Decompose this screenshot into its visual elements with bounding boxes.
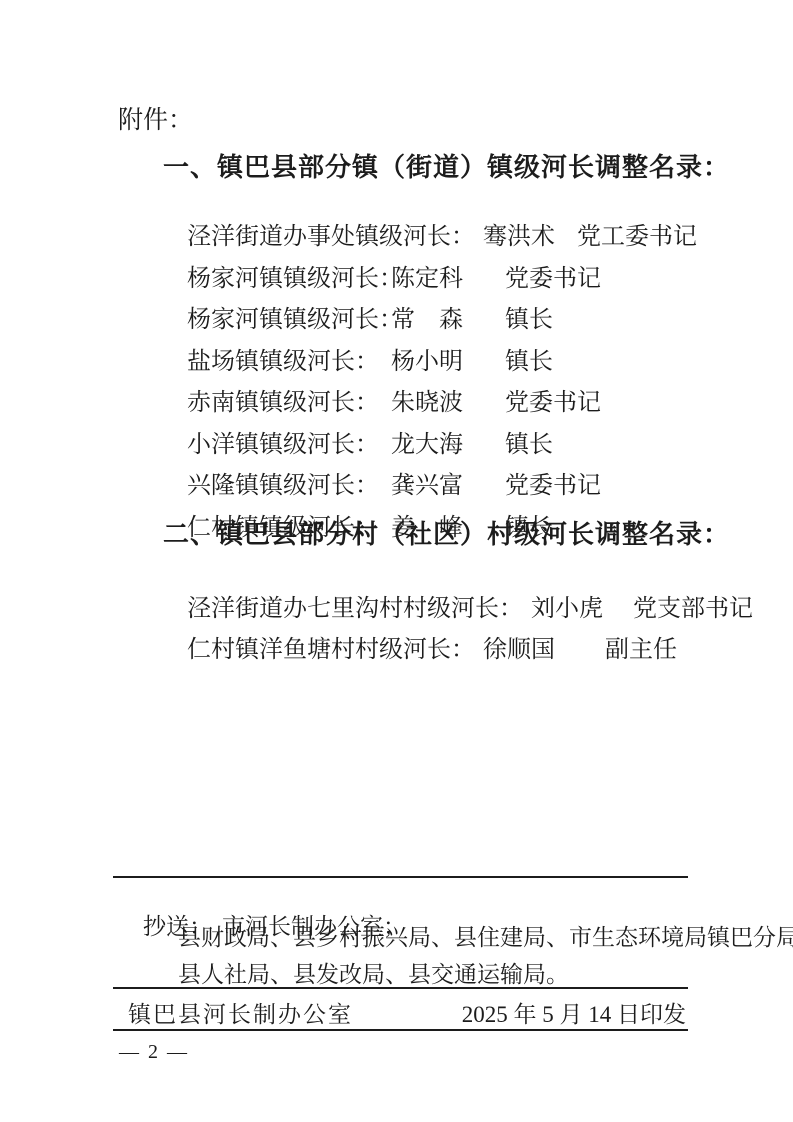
issuing-office: 镇巴县河长制办公室 — [128, 996, 353, 1029]
page-number: — 2 — — [119, 1041, 189, 1064]
section-two-heading: 二、镇巴县部分村（社区）村级河长调整名录： — [163, 514, 730, 551]
print-date: 2025 年 5 月 14 日印发 — [462, 996, 686, 1029]
footer-divider-middle — [113, 987, 688, 989]
document-page: 附件： 一、镇巴县部分镇（街道）镇级河长调整名录： 泾洋街道办事处镇级河长：骞洪… — [0, 0, 793, 1122]
footer-divider-bottom — [113, 1029, 688, 1031]
cc-line: 县人社局、县发改局、县交通运输局。 — [178, 956, 569, 989]
cc-line: 县财政局、县乡村振兴局、县住建局、市生态环境局镇巴分局、 — [178, 919, 793, 952]
attachment-label: 附件： — [118, 100, 193, 136]
entry-name: 徐顺国 — [483, 637, 555, 663]
entry-row: 仁村镇洋鱼塘村村级河长：徐顺国副主任 — [163, 602, 733, 691]
section-one-heading: 一、镇巴县部分镇（街道）镇级河长调整名录： — [163, 147, 730, 184]
entry-title: 副主任 — [605, 637, 677, 663]
footer-divider-top — [113, 876, 688, 878]
entry-label: 仁村镇洋鱼塘村村级河长： — [187, 637, 475, 663]
